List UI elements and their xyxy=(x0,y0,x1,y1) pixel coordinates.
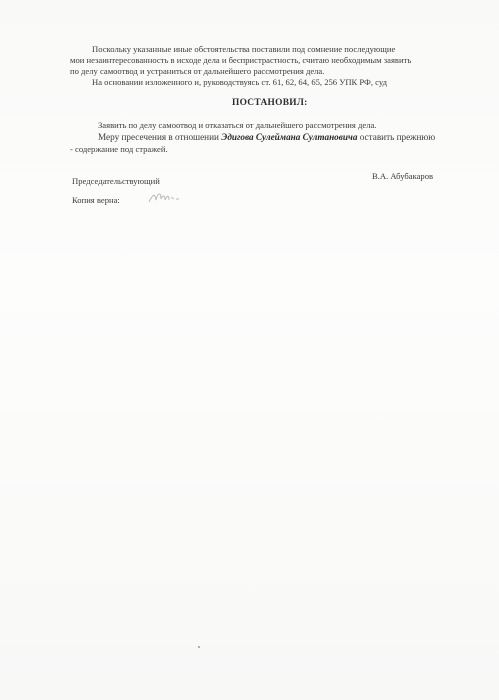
resolution-line-1: Заявить по делу самоотвод и отказаться о… xyxy=(98,120,376,131)
scan-speck xyxy=(198,646,200,648)
resolution-line-3: - содержание под стражей. xyxy=(70,144,168,155)
intro-line-1: Поскольку указанные иные обстоятельства … xyxy=(92,44,395,55)
document-page: Поскольку указанные иные обстоятельства … xyxy=(0,0,499,700)
intro-line-3: по делу самоотвод и устраниться от дальн… xyxy=(70,66,324,77)
decision-heading: ПОСТАНОВИЛ: xyxy=(232,98,308,108)
intro-line-2: мои незаинтересованность в исходе дела и… xyxy=(70,55,411,66)
resolution-line-2-end: оставить прежнюю xyxy=(357,132,435,142)
handwritten-signature-icon xyxy=(147,190,187,206)
defendant-name: Эдигова Сулеймана Султановича xyxy=(221,132,357,142)
presiding-judge-label: Председательствующий xyxy=(72,176,160,187)
resolution-line-2-start: Меру пресечения в отношении xyxy=(98,132,221,142)
intro-line-4: На основании изложенного и, руководствуя… xyxy=(92,77,387,88)
copy-certified-label: Копия верна: xyxy=(72,195,120,206)
judge-name: В.А. Абубакаров xyxy=(372,171,433,182)
resolution-line-2: Меру пресечения в отношении Эдигова Суле… xyxy=(98,132,435,143)
